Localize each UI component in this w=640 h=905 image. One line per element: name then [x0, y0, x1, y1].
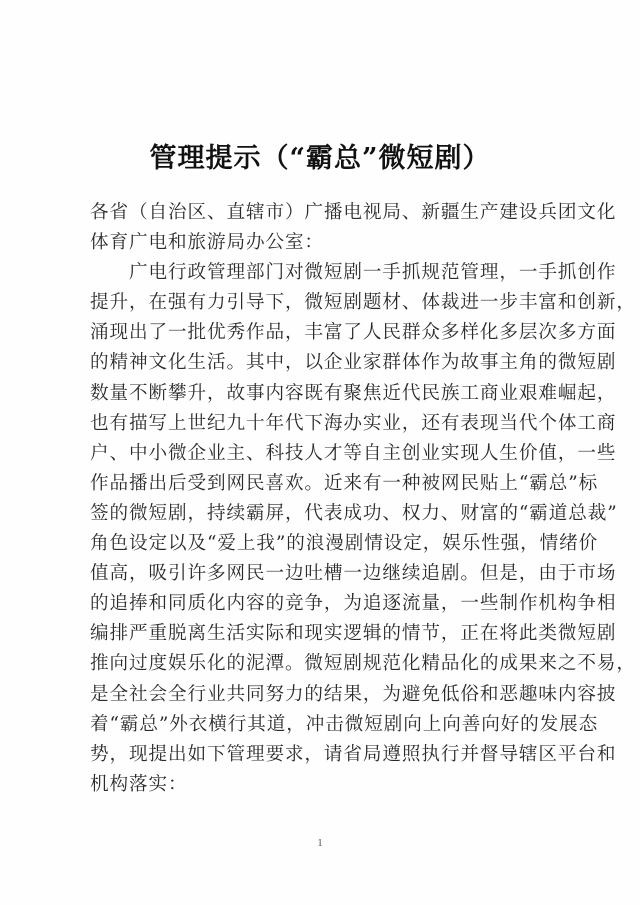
paragraph-line: 势，现提出如下管理要求，请省局遵照执行并督导辖区平台和	[90, 740, 560, 770]
paragraph-line: 作品播出后受到网民喜欢。近来有一种被网民贴上“霸总”标	[90, 469, 560, 499]
paragraph-line: 是全社会全行业共同努力的结果，为避免低俗和恶趣味内容披	[90, 680, 560, 710]
paragraph-line: 户、中小微企业主、科技人才等自主创业实现人生价值，一些	[90, 439, 560, 469]
paragraph-line: 广电行政管理部门对微短剧一手抓规范管理，一手抓创作	[90, 258, 560, 288]
document-body: 各省（自治区、直辖市）广播电视局、新疆生产建设兵团文化 体育广电和旅游局办公室：…	[90, 198, 560, 800]
paragraph-line: 也有描写上世纪九十年代下海办实业，还有表现当代个体工商	[90, 409, 560, 439]
paragraph-line: 推向过度娱乐化的泥潭。微短剧规范化精品化的成果来之不易，	[90, 649, 560, 679]
paragraph-line: 值高，吸引许多网民一边吐槽一边继续追剧。但是，由于市场	[90, 559, 560, 589]
salutation-line: 各省（自治区、直辖市）广播电视局、新疆生产建设兵团文化	[90, 198, 560, 228]
paragraph-line: 角色设定以及“爱上我”的浪漫剧情设定，娱乐性强，情绪价	[90, 529, 560, 559]
paragraph-line: 着“霸总”外衣横行其道，冲击微短剧向上向善向好的发展态	[90, 710, 560, 740]
paragraph-line: 签的微短剧，持续霸屏，代表成功、权力、财富的“霸道总裁”	[90, 499, 560, 529]
page-number: 1	[0, 837, 640, 849]
paragraph-line: 机构落实：	[90, 770, 560, 800]
paragraph-line: 的精神文化生活。其中，以企业家群体作为故事主角的微短剧	[90, 348, 560, 378]
paragraph-line: 提升，在强有力引导下，微短剧题材、体裁进一步丰富和创新，	[90, 288, 560, 318]
paragraph-line: 涌现出了一批优秀作品，丰富了人民群众多样化多层次多方面	[90, 318, 560, 348]
paragraph-line: 数量不断攀升，故事内容既有聚焦近代民族工商业艰难崛起，	[90, 379, 560, 409]
salutation-line: 体育广电和旅游局办公室：	[90, 228, 560, 258]
paragraph-line: 编排严重脱离生活实际和现实逻辑的情节，正在将此类微短剧	[90, 619, 560, 649]
paragraph-line: 的追捧和同质化内容的竞争，为追逐流量，一些制作机构争相	[90, 589, 560, 619]
document-page: 管理提示（“霸总”微短剧） 各省（自治区、直辖市）广播电视局、新疆生产建设兵团文…	[0, 0, 640, 905]
document-title: 管理提示（“霸总”微短剧）	[0, 136, 640, 175]
